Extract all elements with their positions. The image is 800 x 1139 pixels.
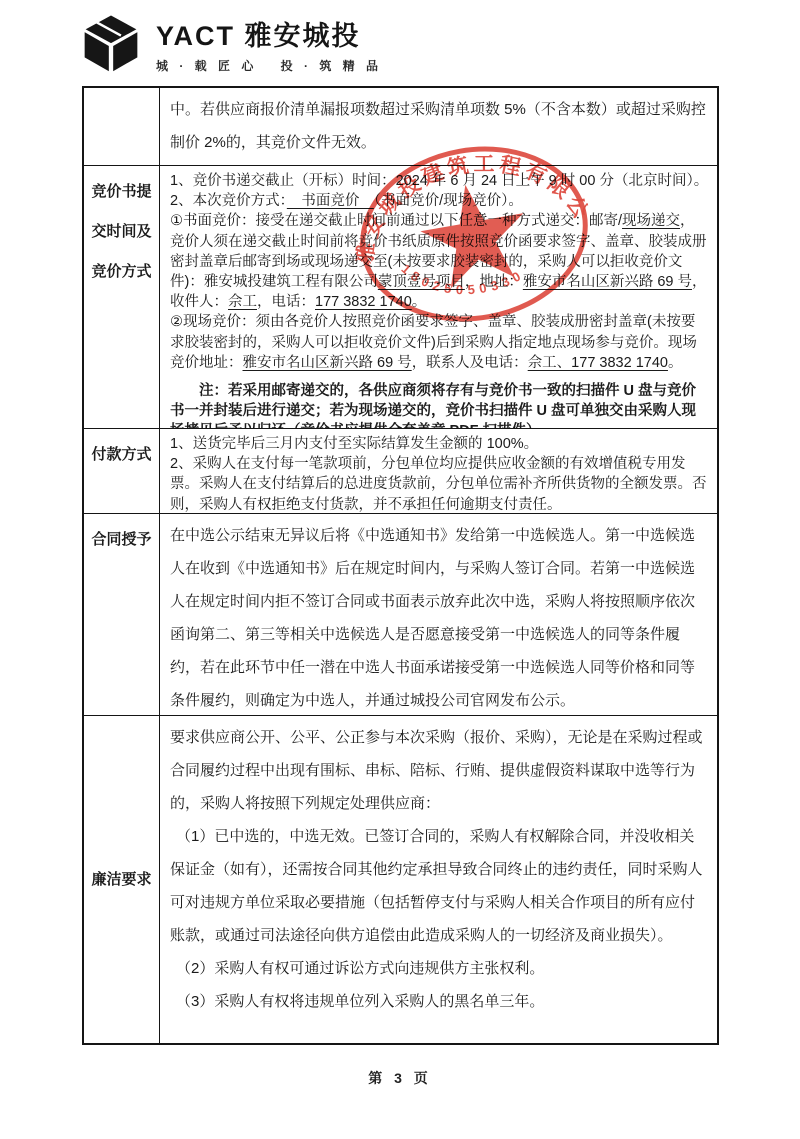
row-label: 廉洁要求 xyxy=(84,716,160,1043)
text-run: ，联系人及电话： xyxy=(412,355,528,371)
row-label: 付款方式 xyxy=(84,429,160,513)
text-run: ，电话： xyxy=(257,294,315,310)
row-content: 在中选公示结束无异议后将《中选通知书》发给第一中选候选人。第一中选候选人在收到《… xyxy=(160,514,717,715)
page-number: 第 3 页 xyxy=(0,1068,800,1088)
text-run: （1）已中选的，中选无效。已签订合同的，采购人有权解除合同，并没收相关保证金（如… xyxy=(170,828,703,944)
table-row: 付款方式1、送货完毕后三月内支付至实际结算发生金额的 100%。2、采购人在支付… xyxy=(84,428,717,513)
paragraph: ①书面竞价：接受在递交截止时间前通过以下任意一种方式递交：邮寄/现场递交，竞价人… xyxy=(170,211,709,312)
text-run: ①书面竞价：接受在递交截止时间前通过以下任意一种方式递交：邮寄/ xyxy=(170,213,622,229)
paragraph: 要求供应商公开、公平、公正参与本次采购（报价、采购），无论是在采购过程或合同履约… xyxy=(170,721,709,820)
row-content: 1、竞价书递交截止（开标）时间：2024 年 6 月 24 日上午 9 时 00… xyxy=(160,166,717,428)
paragraph: 2、采购人在支付每一笔款项前，分包单位均应提供应收金额的有效增值税专用发票。采购… xyxy=(170,454,709,513)
paragraph: 1、竞价书递交截止（开标）时间：2024 年 6 月 24 日上午 9 时 00… xyxy=(170,171,709,191)
underlined-text: 雅安市名山区新兴路 69 号 xyxy=(523,274,692,290)
brand-slogan: 城 · 载 匠 心 投 · 筑 精 品 xyxy=(156,57,382,74)
underlined-text: 蒙顶壹号项目 xyxy=(378,274,465,290)
text-run: 2、采购人在支付每一笔款项前，分包单位均应提供应收金额的有效增值税专用发票。采购… xyxy=(170,456,707,512)
paragraph: 中。若供应商报价清单漏报项数超过采购清单项数 5%（不含本数）或超过采购控制价 … xyxy=(170,93,709,159)
paragraph: ②现场竞价：须由各竞价人按照竞价函要求签字、盖章、胶装成册密封盖章(未按要求胶装… xyxy=(170,312,709,373)
underlined-text: 佘工 xyxy=(228,294,257,310)
paragraph: （3）采购人有权将违规单位列入采购人的黑名单三年。 xyxy=(170,985,709,1018)
header-text: YACT 雅安城投 城 · 载 匠 心 投 · 筑 精 品 xyxy=(156,8,382,74)
text-run: 2、本次竞价方式： xyxy=(170,193,287,209)
table-row: 中。若供应商报价清单漏报项数超过采购清单项数 5%（不含本数）或超过采购控制价 … xyxy=(84,88,717,165)
text-run: 。 xyxy=(668,355,683,371)
text-run: （书面竞价/现场竞价）。 xyxy=(374,193,523,209)
row-label: 竞价书提交时间及竞价方式 xyxy=(84,166,160,428)
table-row: 合同授予在中选公示结束无异议后将《中选通知书》发给第一中选候选人。第一中选候选人… xyxy=(84,513,717,715)
paragraph: 在中选公示结束无异议后将《中选通知书》发给第一中选候选人。第一中选候选人在收到《… xyxy=(170,519,709,715)
brand-title: YACT 雅安城投 xyxy=(156,22,382,52)
text-run: （3）采购人有权将违规单位列入采购人的黑名单三年。 xyxy=(176,993,544,1010)
underlined-text: 雅安市名山区新兴路 69 号 xyxy=(243,355,412,371)
text-run: 要求供应商公开、公平、公正参与本次采购（报价、采购），无论是在采购过程或合同履约… xyxy=(170,729,703,812)
paragraph: 2、本次竞价方式： 书面竞价 （书面竞价/现场竞价）。 xyxy=(170,191,709,211)
text-run: ，地址： xyxy=(465,274,523,290)
row-content: 中。若供应商报价清单漏报项数超过采购清单项数 5%（不含本数）或超过采购控制价 … xyxy=(160,88,717,165)
text-run: 中。若供应商报价清单漏报项数超过采购清单项数 5%（不含本数）或超过采购控制价 … xyxy=(170,101,706,151)
paragraph: （2）采购人有权可通过诉讼方式向违规供方主张权利。 xyxy=(170,952,709,985)
paragraph: 注：若采用邮寄递交的，各供应商须将存有与竞价书一致的扫描件 U 盘与竞价书一并封… xyxy=(170,381,709,428)
row-content: 要求供应商公开、公平、公正参与本次采购（报价、采购），无论是在采购过程或合同履约… xyxy=(160,716,717,1043)
paragraph: 1、送货完毕后三月内支付至实际结算发生金额的 100%。 xyxy=(170,434,709,454)
table-row: 竞价书提交时间及竞价方式1、竞价书递交截止（开标）时间：2024 年 6 月 2… xyxy=(84,165,717,428)
table-row: 廉洁要求要求供应商公开、公平、公正参与本次采购（报价、采购），无论是在采购过程或… xyxy=(84,715,717,1043)
text-run: 。 xyxy=(412,294,427,310)
document-page: YACT 雅安城投 城 · 载 匠 心 投 · 筑 精 品 中。若供应商报价清单… xyxy=(0,0,800,1139)
row-content: 1、送货完毕后三月内支付至实际结算发生金额的 100%。2、采购人在支付每一笔款… xyxy=(160,429,717,513)
underlined-text: 现场递交 xyxy=(622,213,680,229)
paragraph: （1）已中选的，中选无效。已签订合同的，采购人有权解除合同，并没收相关保证金（如… xyxy=(170,820,709,952)
underlined-text: 177 3832 1740 xyxy=(315,294,412,310)
underlined-text: 佘工、177 3832 1740 xyxy=(528,355,668,371)
header: YACT 雅安城投 城 · 载 匠 心 投 · 筑 精 品 xyxy=(80,8,382,78)
underlined-text: 书面竞价 xyxy=(287,193,374,209)
row-label xyxy=(84,88,160,165)
text-run: 1、竞价书递交截止（开标）时间：2024 年 6 月 24 日上午 9 时 00… xyxy=(170,173,708,189)
row-label: 合同授予 xyxy=(84,514,160,715)
text-run: 1、送货完毕后三月内支付至实际结算发生金额的 100%。 xyxy=(170,436,538,452)
text-run: 在中选公示结束无异议后将《中选通知书》发给第一中选候选人。第一中选候选人在收到《… xyxy=(170,527,695,709)
document-table: 中。若供应商报价清单漏报项数超过采购清单项数 5%（不含本数）或超过采购控制价 … xyxy=(82,86,719,1045)
company-cube-logo-icon xyxy=(80,12,142,74)
text-run: （2）采购人有权可通过诉讼方式向违规供方主张权利。 xyxy=(176,960,544,977)
text-run: 注：若采用邮寄递交的，各供应商须将存有与竞价书一致的扫描件 U 盘与竞价书一并封… xyxy=(170,383,696,428)
